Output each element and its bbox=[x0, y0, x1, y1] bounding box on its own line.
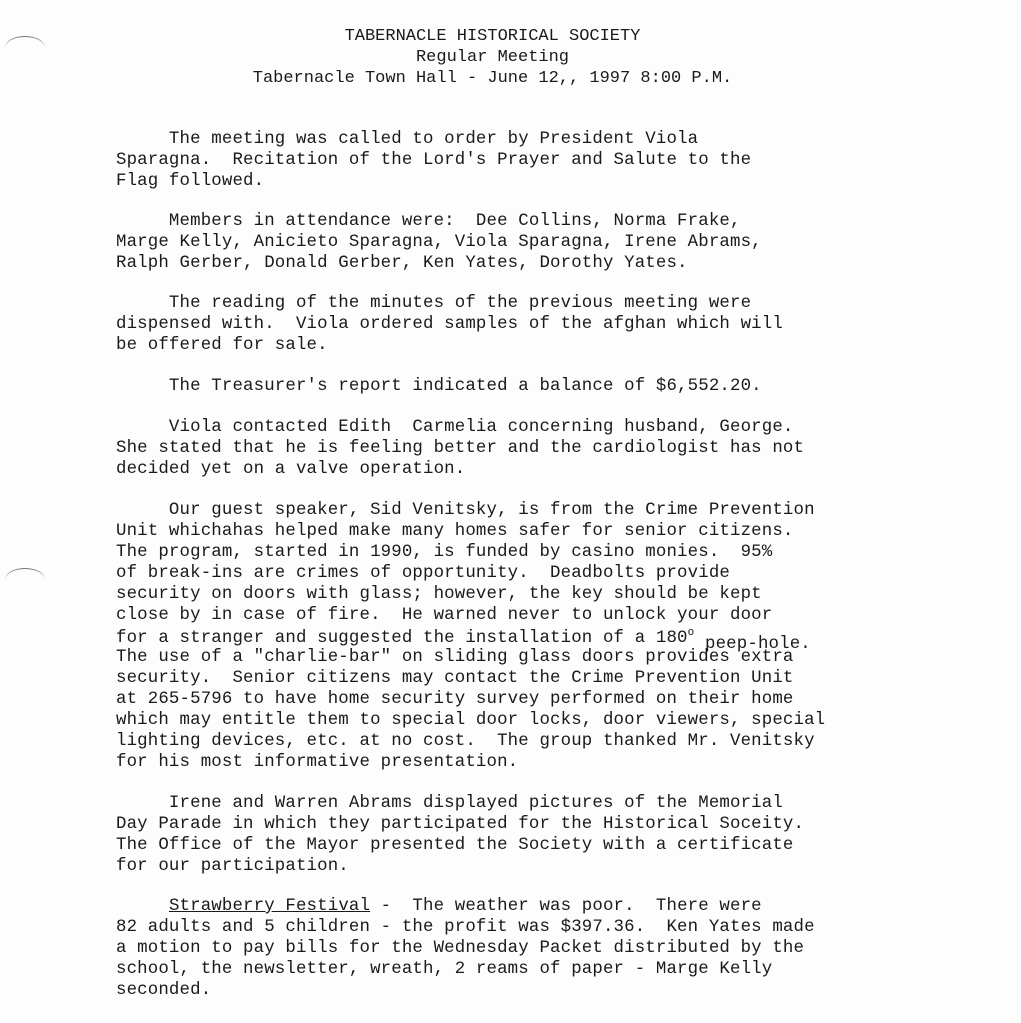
section-heading: Strawberry Festival bbox=[169, 897, 370, 916]
meeting-type: Regular Meeting bbox=[0, 47, 985, 68]
text-line: Ralph Gerber, Donald Gerber, Ken Yates, … bbox=[116, 254, 688, 273]
text-line: The Office of the Mayor presented the So… bbox=[116, 836, 794, 855]
text-line: decided yet on a valve operation. bbox=[116, 460, 465, 479]
text-line: for his most informative presentation. bbox=[116, 753, 518, 772]
text-line: Unit whichahas helped make many homes sa… bbox=[116, 522, 794, 541]
text-line: Flag followed. bbox=[116, 172, 264, 191]
text-line: 82 adults and 5 children - the profit wa… bbox=[116, 918, 815, 937]
text-line: Our guest speaker, Sid Venitsky, is from… bbox=[116, 501, 815, 520]
text-line: for our participation. bbox=[116, 857, 349, 876]
text-line: Marge Kelly, Anicieto Sparagna, Viola Sp… bbox=[116, 233, 762, 252]
text-line: Members in attendance were: Dee Collins,… bbox=[116, 212, 741, 231]
text-line: school, the newsletter, wreath, 2 reams … bbox=[116, 960, 772, 979]
text-line: Sparagna. Recitation of the Lord's Praye… bbox=[116, 151, 751, 170]
strawberry-festival-line: Strawberry Festival - The weather was po… bbox=[116, 897, 762, 916]
text-line: security on doors with glass; however, t… bbox=[116, 585, 762, 604]
text-line: The Treasurer's report indicated a balan… bbox=[116, 377, 762, 396]
text-line: The program, started in 1990, is funded … bbox=[116, 543, 772, 562]
text-line: The meeting was called to order by Presi… bbox=[116, 130, 698, 149]
text-line: close by in case of fire. He warned neve… bbox=[116, 606, 772, 625]
text-line: dispensed with. Viola ordered samples of… bbox=[116, 315, 783, 334]
text-line: The use of a "charlie-bar" on sliding gl… bbox=[116, 648, 794, 667]
text-line: seconded. bbox=[116, 981, 211, 1000]
text-line: of break-ins are crimes of opportunity. … bbox=[116, 564, 730, 583]
text-line: The reading of the minutes of the previo… bbox=[116, 294, 751, 313]
text-line: security. Senior citizens may contact th… bbox=[116, 669, 794, 688]
text-line: She stated that he is feeling better and… bbox=[116, 439, 804, 458]
text-line: at 265-5796 to have home security survey… bbox=[116, 690, 794, 709]
text-line: Irene and Warren Abrams displayed pictur… bbox=[116, 794, 783, 813]
text-line: which may entitle them to special door l… bbox=[116, 711, 825, 730]
text-line: a motion to pay bills for the Wednesday … bbox=[116, 939, 804, 958]
text-line: be offered for sale. bbox=[116, 336, 328, 355]
text-line: for a stranger and suggested the install… bbox=[116, 627, 811, 648]
org-title: TABERNACLE HISTORICAL SOCIETY bbox=[0, 26, 985, 47]
text-line: lighting devices, etc. at no cost. The g… bbox=[116, 732, 815, 751]
meeting-place-date: Tabernacle Town Hall - June 12,, 1997 8:… bbox=[0, 68, 985, 89]
text-line: Viola contacted Edith Carmelia concernin… bbox=[116, 418, 794, 437]
text-line: Day Parade in which they participated fo… bbox=[116, 815, 804, 834]
punch-hole-mark bbox=[5, 568, 45, 591]
